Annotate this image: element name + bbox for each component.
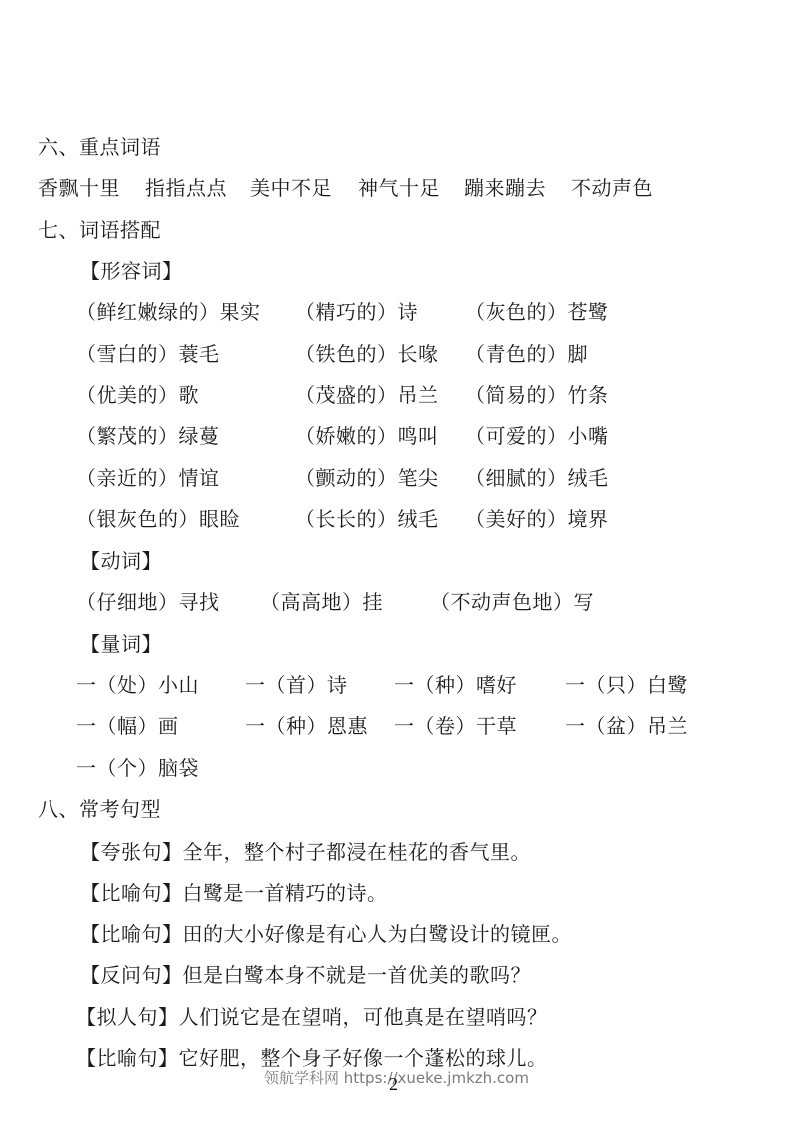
adjective-row: （鲜红嫩绿的）果实 （精巧的）诗 （灰色的）苍鹭 <box>76 300 696 326</box>
adjective-pair: （娇嫩的）鸣叫 <box>295 424 439 450</box>
adjective-pair: （可爱的）小嘴 <box>465 424 609 450</box>
sentence-type-tag: 【反问句】 <box>80 965 183 987</box>
adjective-pair: （灰色的）苍鹭 <box>465 300 609 326</box>
measure-word-row: 一（处）小山 一（首）诗 一（种）嗜好 一（只）白鹭 <box>76 673 716 699</box>
adjective-pair: （优美的）歌 <box>76 383 199 409</box>
section-eight-heading: 八、常考句型 <box>38 797 161 823</box>
verbs-label: 【动词】 <box>80 549 162 575</box>
measure-word-pair: 一（个）脑袋 <box>76 756 199 782</box>
sentence-type-tag: 【夸张句】 <box>80 842 183 864</box>
sentence-item: 【比喻句】白鹭是一首精巧的诗。 <box>80 881 388 907</box>
adjective-pair: （雪白的）蓑毛 <box>76 342 220 368</box>
verb-pair: （不动声色地）写 <box>430 590 594 616</box>
sentence-text: 田的大小好像是有心人为白鹭设计的镜匣。 <box>183 924 573 946</box>
sentence-item: 【反问句】但是白鹭本身不就是一首优美的歌吗？ <box>80 963 531 989</box>
sentence-text: 它好肥，整个身子好像一个蓬松的球儿。 <box>179 1048 548 1070</box>
verb-pair: （仔细地）寻找 <box>76 590 220 616</box>
sentence-type-tag: 【拟人句】 <box>76 1007 179 1029</box>
sentence-type-tag: 【比喻句】 <box>80 883 183 905</box>
key-word: 指指点点 <box>145 176 227 202</box>
adjective-pair: （细腻的）绒毛 <box>465 466 609 492</box>
key-word: 蹦来蹦去 <box>464 176 546 202</box>
adjective-pair: （铁色的）长喙 <box>295 342 439 368</box>
sentence-text: 人们说它是在望哨，可他真是在望哨吗？ <box>179 1007 548 1029</box>
verb-pair: （高高地）挂 <box>260 590 383 616</box>
sentence-item: 【拟人句】人们说它是在望哨，可他真是在望哨吗？ <box>76 1005 548 1031</box>
measure-word-row: 一（幅）画 一（种）恩惠 一（卷）干草 一（盆）吊兰 <box>76 714 716 740</box>
measure-word-pair: 一（种）嗜好 <box>394 673 517 699</box>
measure-word-pair: 一（幅）画 <box>76 714 179 740</box>
verb-row: （仔细地）寻找 （高高地）挂 （不动声色地）写 <box>76 590 696 616</box>
measure-word-pair: 一（卷）干草 <box>394 714 517 740</box>
adjective-pair: （长长的）绒毛 <box>295 507 439 533</box>
measure-word-pair: 一（种）恩惠 <box>245 714 368 740</box>
measure-word-pair: 一（首）诗 <box>245 673 348 699</box>
sentence-type-tag: 【比喻句】 <box>76 1048 179 1070</box>
adjective-pair: （繁茂的）绿蔓 <box>76 424 220 450</box>
key-word: 神气十足 <box>358 176 440 202</box>
adjective-pair: （亲近的）情谊 <box>76 466 220 492</box>
adjective-pair: （颤动的）笔尖 <box>295 466 439 492</box>
adjective-pair: （鲜红嫩绿的）果实 <box>76 300 261 326</box>
key-word: 美中不足 <box>250 176 332 202</box>
adjective-row: （银灰色的）眼睑 （长长的）绒毛 （美好的）境界 <box>76 507 696 533</box>
measure-word-row: 一（个）脑袋 <box>76 756 716 782</box>
adjective-pair: （精巧的）诗 <box>295 300 418 326</box>
adjective-pair: （茂盛的）吊兰 <box>295 383 439 409</box>
adjective-pair: （青色的）脚 <box>465 342 588 368</box>
adjective-row: （优美的）歌 （茂盛的）吊兰 （简易的）竹条 <box>76 383 696 409</box>
adjective-pair: （美好的）境界 <box>465 507 609 533</box>
sentence-text: 全年，整个村子都浸在桂花的香气里。 <box>183 842 532 864</box>
sentence-text: 但是白鹭本身不就是一首优美的歌吗？ <box>183 965 532 987</box>
adjective-pair: （简易的）竹条 <box>465 383 609 409</box>
measure-word-pair: 一（只）白鹭 <box>565 673 688 699</box>
adjective-row: （雪白的）蓑毛 （铁色的）长喙 （青色的）脚 <box>76 342 696 368</box>
sentence-item: 【比喻句】田的大小好像是有心人为白鹭设计的镜匣。 <box>80 922 572 948</box>
adjective-row: （繁茂的）绿蔓 （娇嫩的）鸣叫 （可爱的）小嘴 <box>76 424 696 450</box>
section-seven-heading: 七、词语搭配 <box>38 218 161 244</box>
page-number: 2 <box>389 1074 398 1094</box>
key-word: 不动声色 <box>571 176 653 202</box>
sentence-item: 【夸张句】全年，整个村子都浸在桂花的香气里。 <box>80 840 531 866</box>
sentence-type-tag: 【比喻句】 <box>80 924 183 946</box>
adjective-row: （亲近的）情谊 （颤动的）笔尖 （细腻的）绒毛 <box>76 466 696 492</box>
measure-words-label: 【量词】 <box>80 632 162 658</box>
key-word: 香飘十里 <box>38 176 120 202</box>
measure-word-pair: 一（盆）吊兰 <box>565 714 688 740</box>
key-words-row: 香飘十里 指指点点 美中不足 神气十足 蹦来蹦去 不动声色 <box>38 176 738 202</box>
section-six-heading: 六、重点词语 <box>38 135 161 161</box>
measure-word-pair: 一（处）小山 <box>76 673 199 699</box>
adjectives-label: 【形容词】 <box>80 259 183 285</box>
adjective-pair: （银灰色的）眼睑 <box>76 507 240 533</box>
sentence-text: 白鹭是一首精巧的诗。 <box>183 883 388 905</box>
